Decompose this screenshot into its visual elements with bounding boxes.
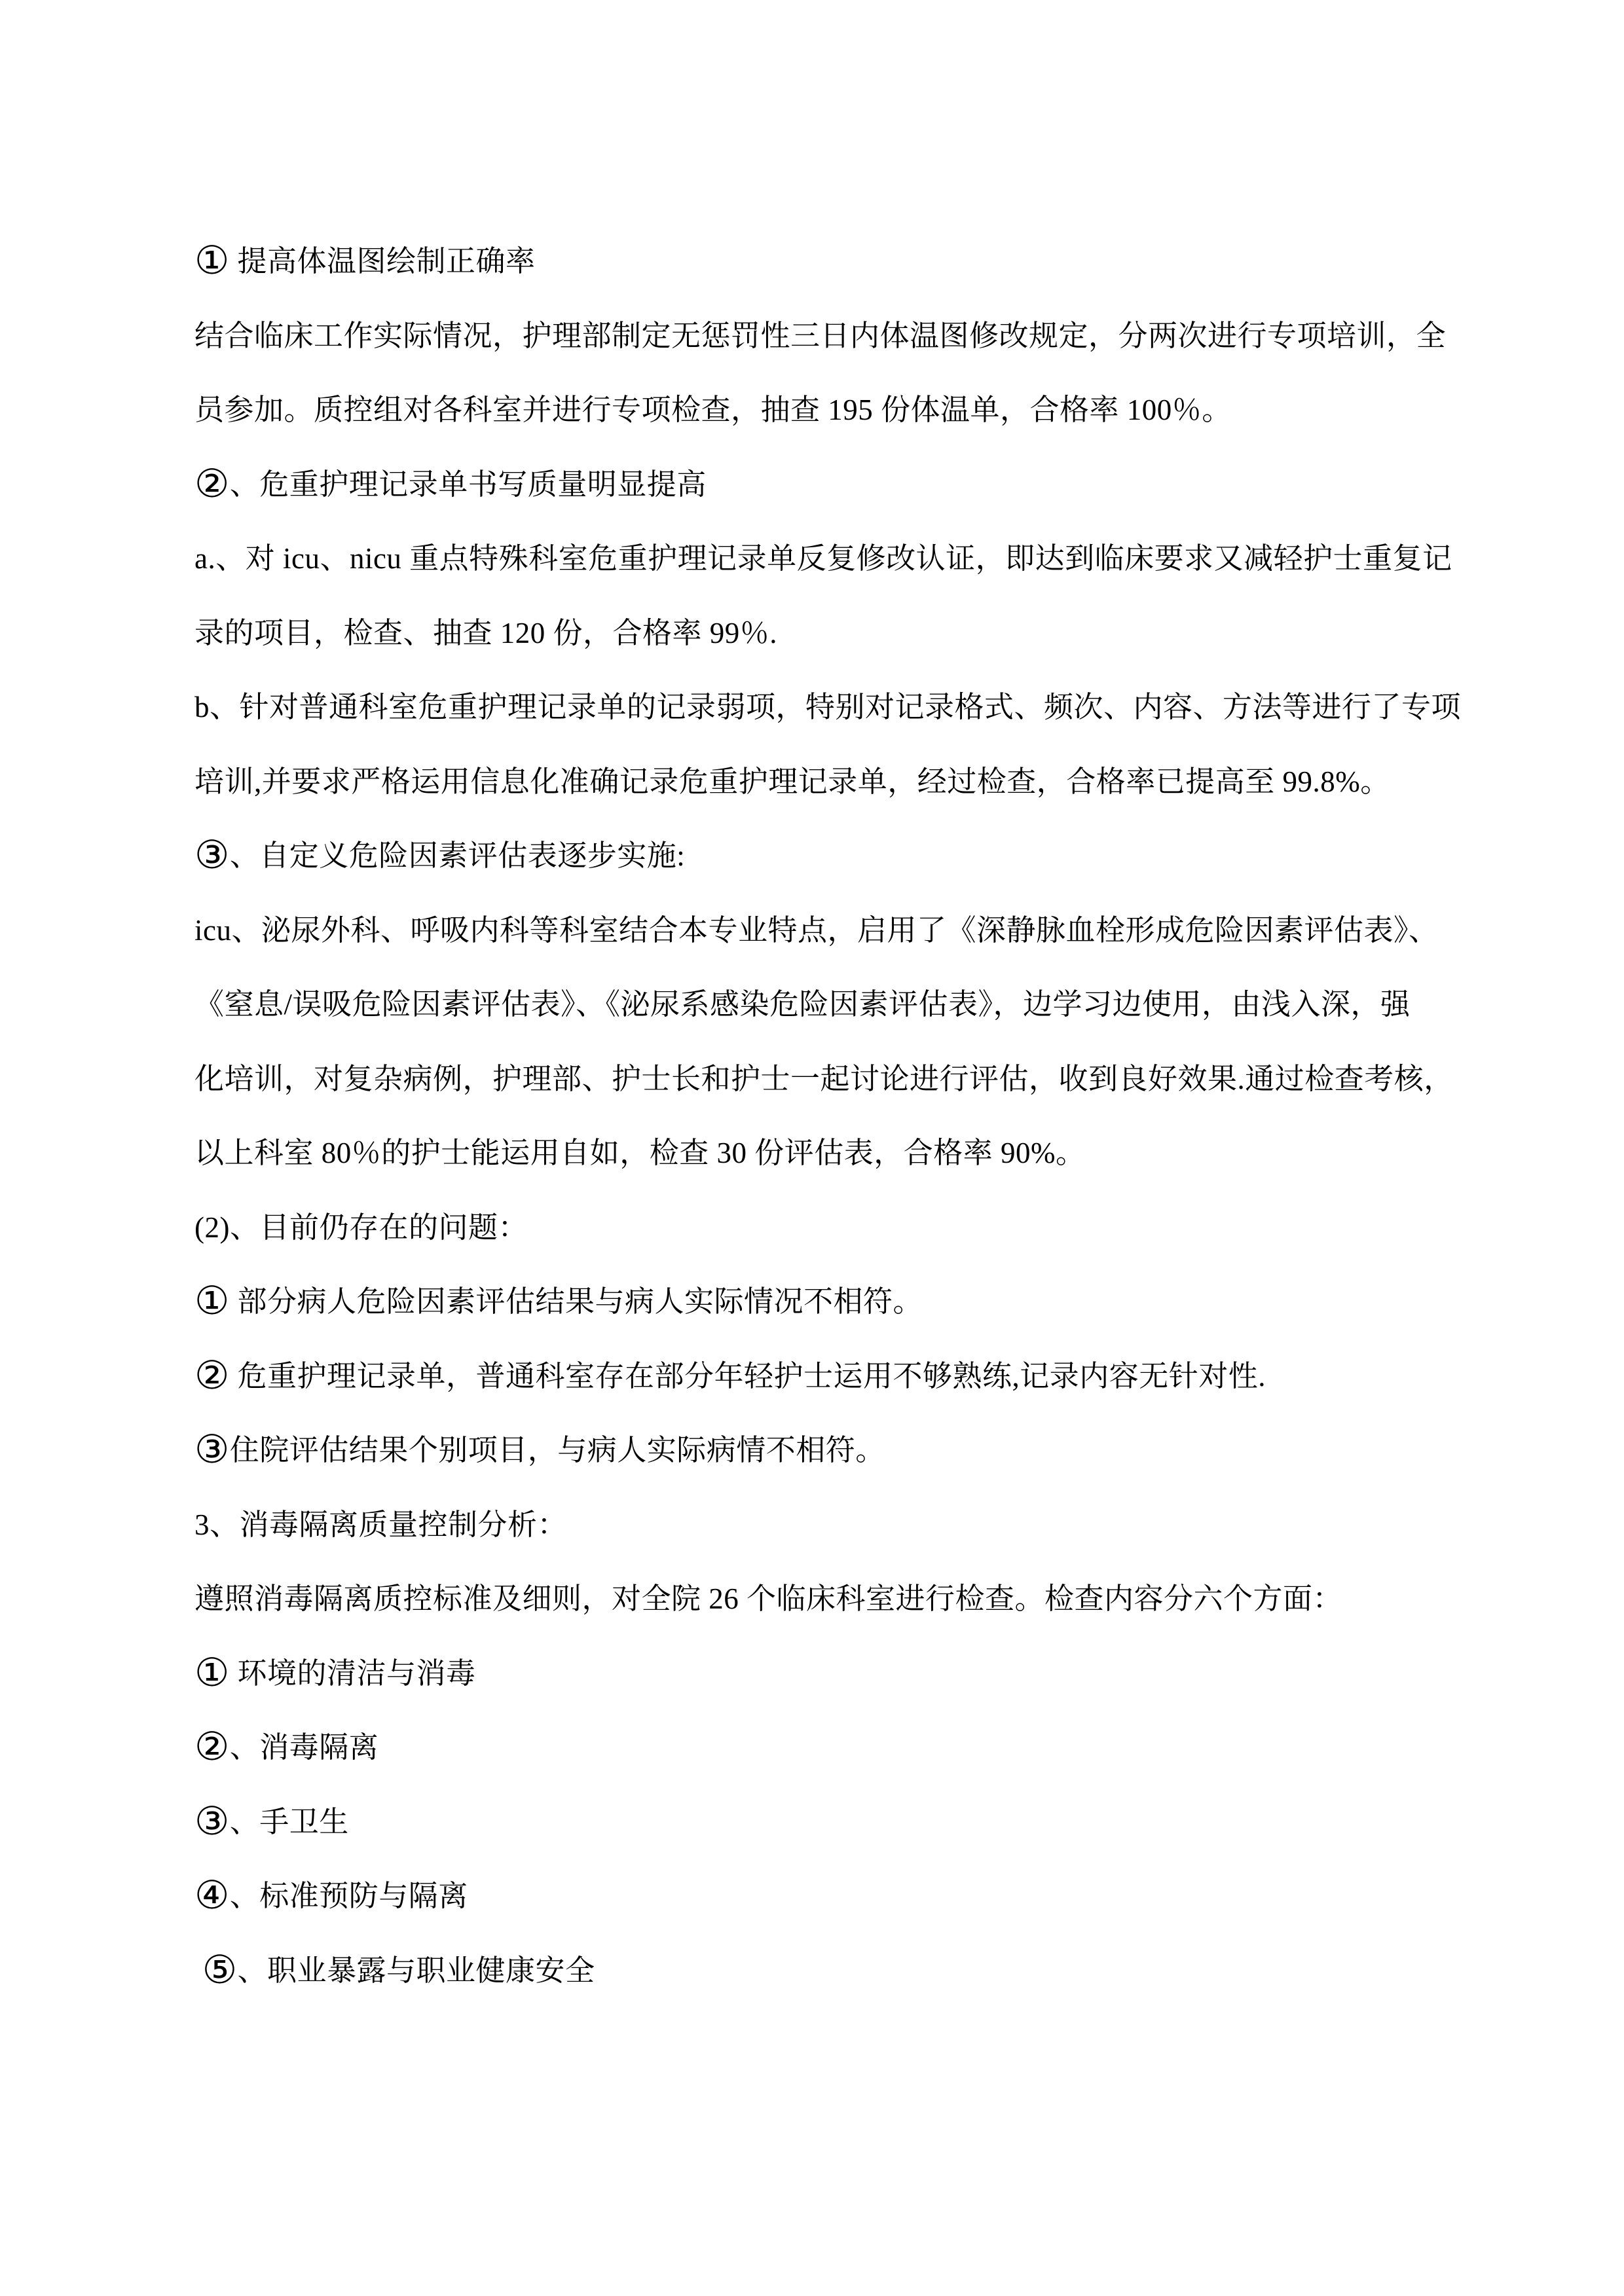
text-line: ③、手卫生	[194, 1785, 1442, 1860]
text-line: ③住院评估结果个别项目，与病人实际病情不相符。	[194, 1413, 1442, 1488]
text-line: 《窒息/误吸危险因素评估表》、《泌尿系感染危险因素评估表》，边学习边使用，由浅入…	[194, 968, 1442, 1042]
text-line: ① 提高体温图绘制正确率	[194, 225, 1442, 299]
text-line: b、针对普通科室危重护理记录单的记录弱项，特别对记录格式、频次、内容、方法等进行…	[194, 670, 1442, 745]
circled-number-icon: ③	[194, 833, 230, 877]
text-line: ②、危重护理记录单书写质量明显提高	[194, 448, 1442, 522]
text-line: ⑤、职业暴露与职业健康安全	[194, 1934, 1442, 2009]
text-line: ②、消毒隔离	[194, 1711, 1442, 1785]
text-line: 遵照消毒隔离质控标准及细则，对全院 26 个临床科室进行检查。检查内容分六个方面…	[194, 1562, 1442, 1637]
circled-number-icon: ①	[194, 239, 230, 282]
text-line: ① 环境的清洁与消毒	[194, 1637, 1442, 1711]
text-line: 以上科室 80％的护士能运用自如，检查 30 份评估表，合格率 90%。	[194, 1116, 1442, 1191]
document-page: ① 提高体温图绘制正确率 结合临床工作实际情况，护理部制定无惩罚性三日内体温图修…	[0, 0, 1624, 2296]
text-line: 员参加。质控组对各科室并进行专项检查，抽查 195 份体温单，合格率 100％。	[194, 373, 1442, 448]
text-line: 录的项目，检查、抽查 120 份，合格率 99％.	[194, 596, 1442, 671]
circled-number-icon: ④	[194, 1874, 230, 1917]
text-line: a.、对 icu、nicu 重点特殊科室危重护理记录单反复修改认证，即达到临床要…	[194, 522, 1442, 596]
circled-number-icon: ③	[194, 1800, 230, 1843]
circled-number-icon: ①	[194, 1279, 230, 1322]
text-line: ② 危重护理记录单，普通科室存在部分年轻护士运用不够熟练,记录内容无针对性.	[194, 1339, 1442, 1414]
circled-number-icon: ③	[194, 1428, 230, 1471]
text-line: 结合临床工作实际情况，护理部制定无惩罚性三日内体温图修改规定，分两次进行专项培训…	[194, 299, 1442, 374]
circled-number-icon: ⑤	[202, 1948, 238, 1992]
text-line: ③、自定义危险因素评估表逐步实施:	[194, 819, 1442, 894]
text-line: icu、泌尿外科、呼吸内科等科室结合本专业特点，启用了《深静脉血栓形成危险因素评…	[194, 894, 1442, 968]
text-line: (2)、目前仍存在的问题：	[194, 1191, 1442, 1266]
circled-number-icon: ②	[194, 1725, 230, 1768]
document-body: ① 提高体温图绘制正确率 结合临床工作实际情况，护理部制定无惩罚性三日内体温图修…	[194, 225, 1442, 2008]
text-line: ④、标准预防与隔离	[194, 1859, 1442, 1934]
circled-number-icon: ②	[194, 1354, 230, 1397]
text-line: ① 部分病人危险因素评估结果与病人实际情况不相符。	[194, 1265, 1442, 1339]
text-line: 化培训，对复杂病例，护理部、护士长和护士一起讨论进行评估，收到良好效果.通过检查…	[194, 1042, 1442, 1117]
circled-number-icon: ②	[194, 462, 230, 505]
circled-number-icon: ①	[194, 1651, 230, 1694]
text-line: 3、消毒隔离质量控制分析：	[194, 1488, 1442, 1563]
text-line: 培训,并要求严格运用信息化准确记录危重护理记录单，经过检查，合格率已提高至 99…	[194, 745, 1442, 820]
